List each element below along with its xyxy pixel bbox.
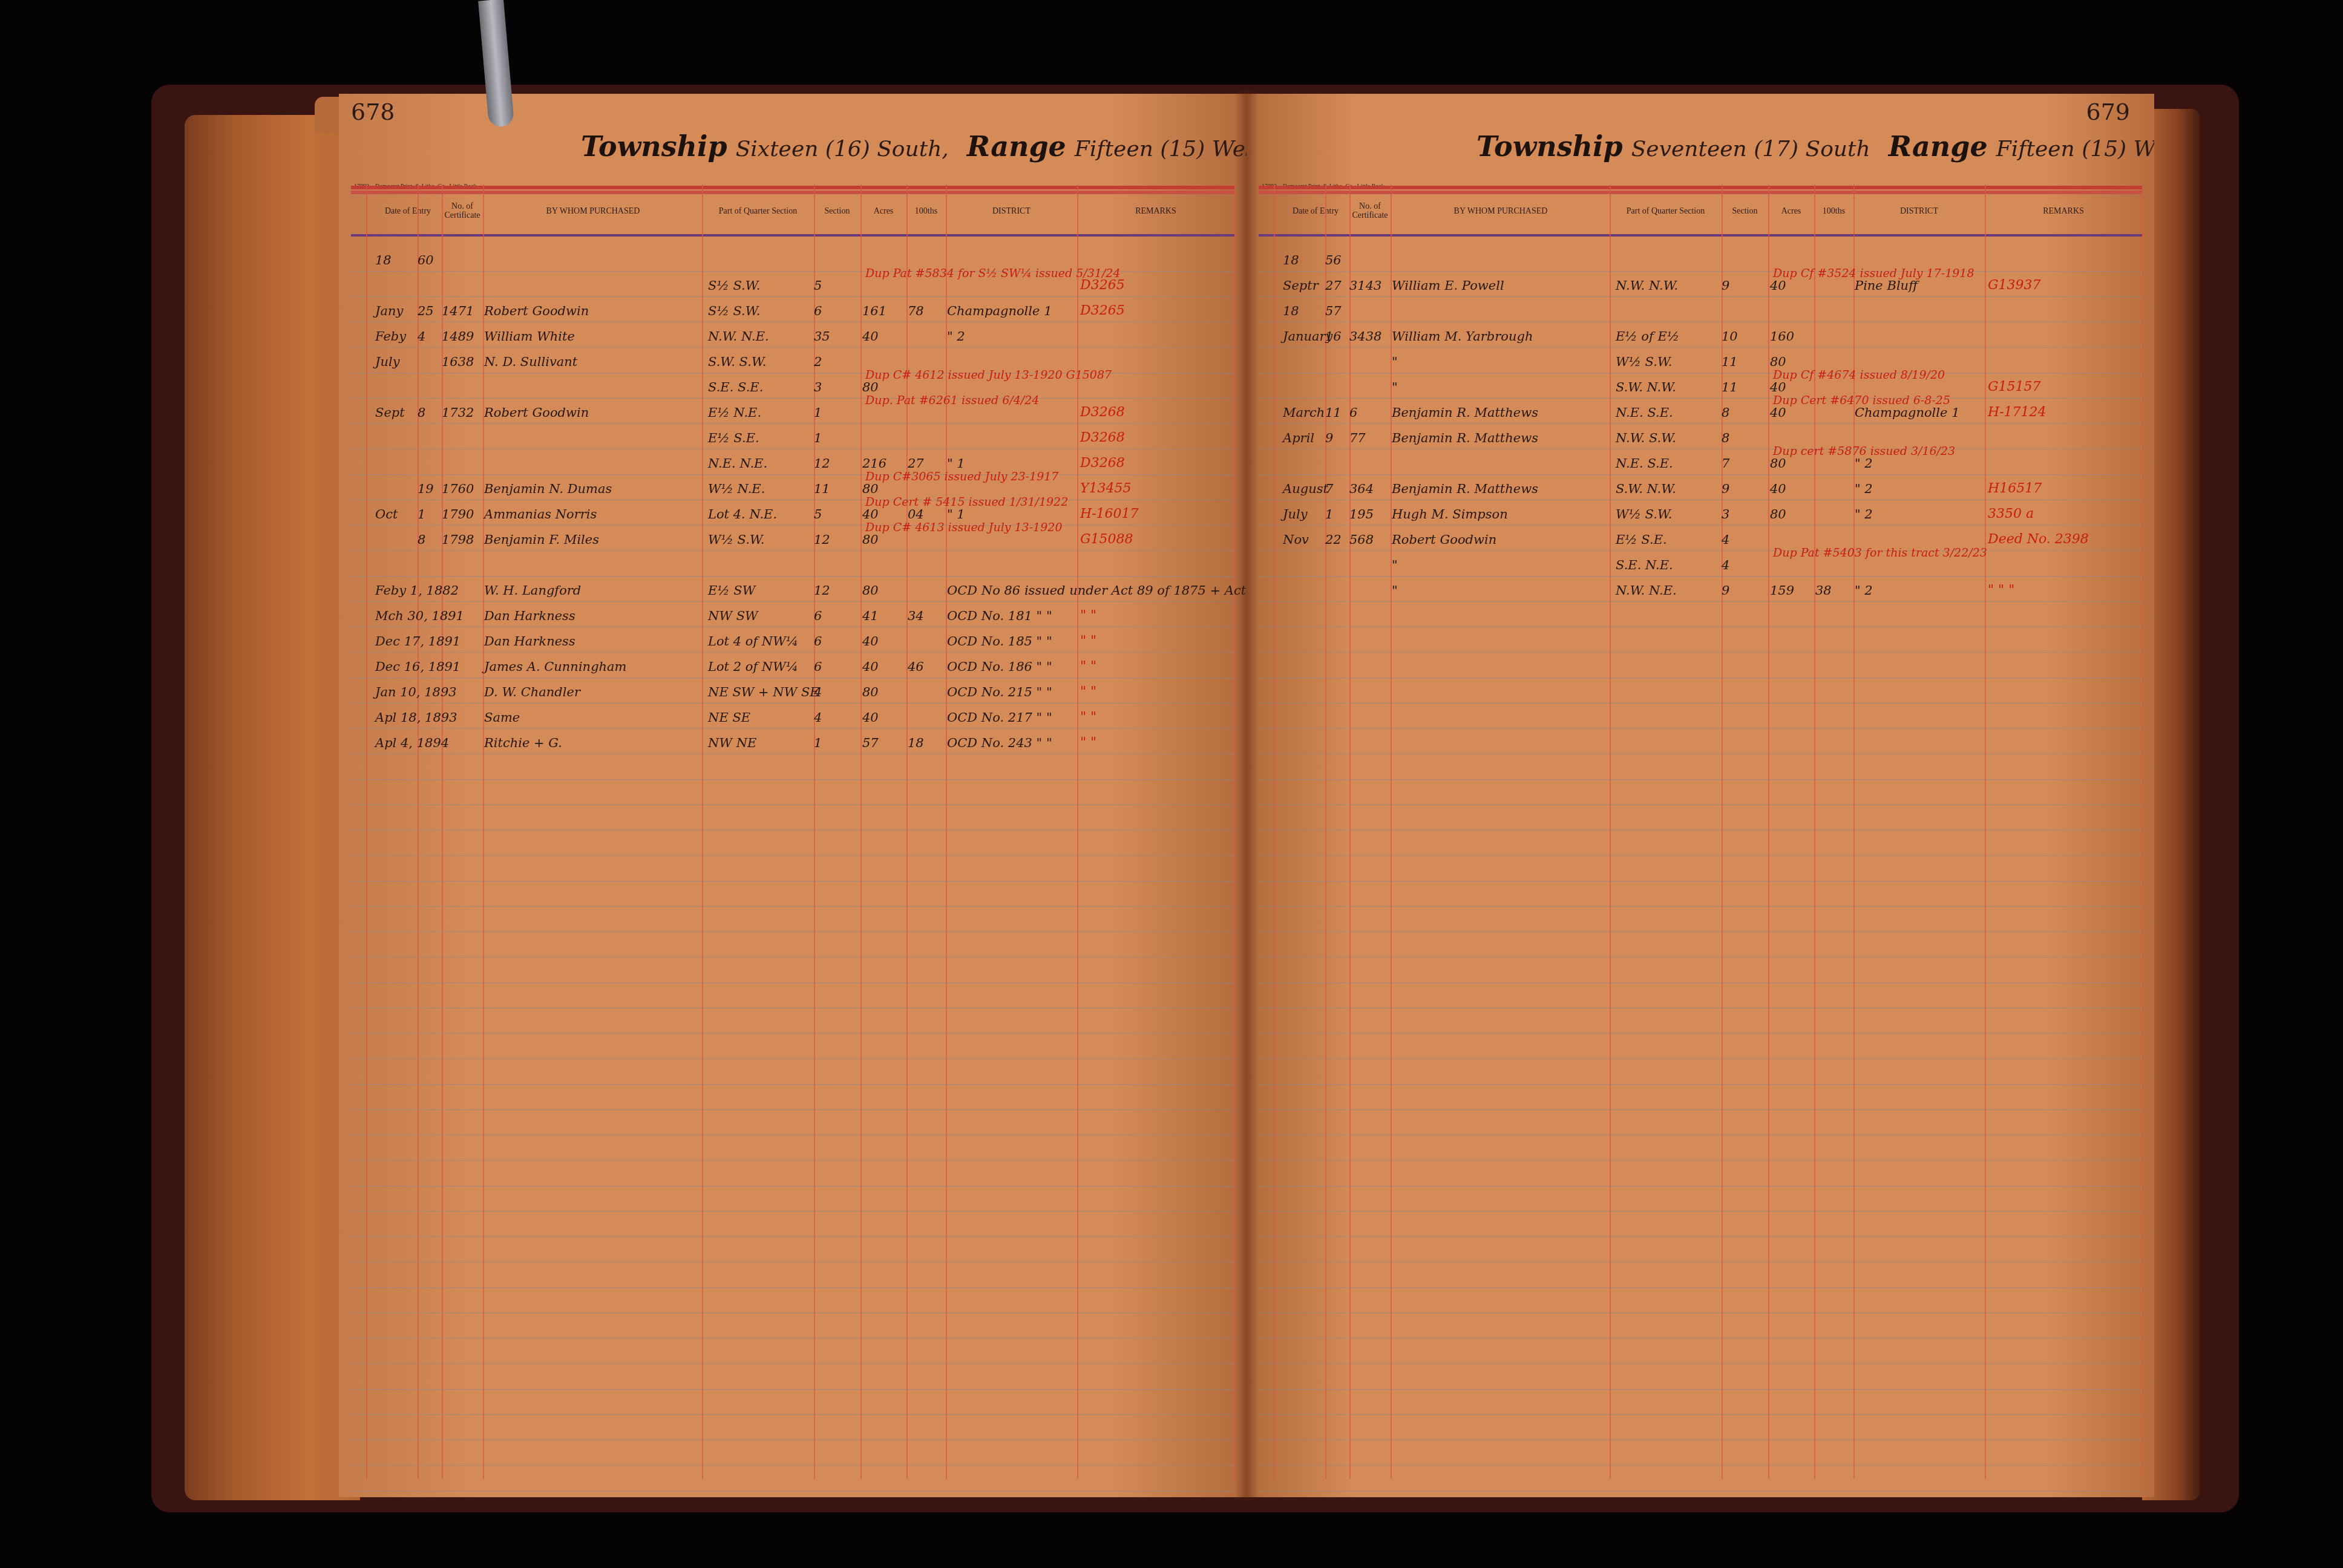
table-row: Feby41489William WhiteN.W. N.E.3540" 2 <box>339 324 1247 348</box>
row-rule <box>351 830 1234 831</box>
cell-remarks: D3265 <box>1080 299 1125 323</box>
cell-remarks: " " <box>1080 629 1096 653</box>
cell-name: N. D. Sullivant <box>484 350 577 374</box>
row-rule <box>1259 1287 2142 1288</box>
cell-cert: 1760 <box>442 477 474 501</box>
annotation-note: Dup. Pat #6261 issued 6/4/24 <box>865 388 1039 413</box>
row-rule <box>1259 627 2142 627</box>
annotation-note: Dup C#3065 issued July 23-1917 <box>865 465 1058 489</box>
column-header: DISTRICT <box>946 191 1077 233</box>
row-rule <box>1259 881 2142 881</box>
cell-remarks: " " <box>1080 680 1096 704</box>
cell-month: Feby 1, 1882 <box>375 578 459 603</box>
cell-name: William White <box>484 324 575 348</box>
cell-section: 1 <box>814 731 822 755</box>
cell-remarks: " " <box>1080 731 1096 755</box>
cell-remarks: " " " <box>1988 578 2014 603</box>
row-rule <box>1259 754 2142 754</box>
cell-acres: 40 <box>862 655 879 679</box>
cell-day: 56 <box>1325 248 1342 272</box>
row-rule <box>1259 1364 2142 1364</box>
row-rule <box>1259 1059 2142 1059</box>
row-rule <box>1259 1135 2142 1135</box>
cell-acres: 160 <box>1770 324 1794 348</box>
row-rule <box>1259 1211 2142 1212</box>
row-rule <box>351 805 1234 805</box>
cell-part: E½ SW <box>708 578 755 603</box>
cell-section: 2 <box>814 350 822 374</box>
table-row: "S.E. N.E.4Dup Pat #5403 for this tract … <box>1247 553 2154 577</box>
row-rule <box>351 1491 1234 1491</box>
cell-month: 18 <box>1283 299 1299 323</box>
annotation-note: Dup Cf #4674 issued 8/19/20 <box>1773 363 1945 387</box>
row-rule <box>1259 1262 2142 1263</box>
row-rule <box>1259 1440 2142 1440</box>
cell-acres: 80 <box>862 680 879 704</box>
table-row: N.E. N.E.1221627" 1D3268 <box>339 451 1247 475</box>
row-rule <box>351 1135 1234 1135</box>
cell-acres: 159 <box>1770 578 1794 603</box>
row-rule <box>1259 1491 2142 1491</box>
cell-part: E½ S.E. <box>1616 528 1667 552</box>
township-label: Township <box>581 130 727 163</box>
column-header: No. of Certificate <box>442 191 483 233</box>
cell-district: OCD No. 217 " " <box>947 705 1052 730</box>
cell-section: 6 <box>814 629 822 653</box>
cell-part: Lot 2 of NW¼ <box>708 655 798 679</box>
row-rule <box>351 1389 1234 1390</box>
cell-name: Benjamin R. Matthews <box>1392 426 1538 450</box>
row-rule <box>351 1338 1234 1339</box>
cell-section: 9 <box>1722 477 1729 501</box>
row-rule <box>1259 779 2142 780</box>
cell-remarks: D3268 <box>1080 400 1125 425</box>
row-rule <box>1259 1084 2142 1085</box>
range-value: Fifteen (15) West <box>1075 137 1247 162</box>
row-rule <box>1259 1186 2142 1186</box>
cell-part: E½ S.E. <box>708 426 759 450</box>
page-number: 678 <box>351 99 395 125</box>
cell-remarks: H-16017 <box>1080 502 1139 526</box>
cell-remarks: Deed No. 2398 <box>1988 528 2089 552</box>
table-row: E½ S.E.1D3268 <box>339 426 1247 450</box>
column-header: Part of Quarter Section <box>702 191 814 233</box>
cell-month: Sept <box>375 400 405 425</box>
column-header: Section <box>1722 191 1768 233</box>
row-rule <box>351 1313 1234 1313</box>
cell-part: N.W. N.W. <box>1616 273 1678 298</box>
cell-cert: 1798 <box>442 528 474 552</box>
cell-district: Champagnolle 1 <box>947 299 1052 323</box>
table-row: 81798Benjamin F. MilesW½ S.W.1280G15088D… <box>339 528 1247 552</box>
cell-acres: 57 <box>862 731 879 755</box>
table-row: "W½ S.W.1180 <box>1247 350 2154 374</box>
cell-day: 60 <box>418 248 434 272</box>
cell-district: OCD No. 215 " " <box>947 680 1052 704</box>
column-header: Date of Entry <box>375 191 441 233</box>
table-row: April977Benjamin R. MatthewsN.W. S.W.8 <box>1247 426 2154 450</box>
cell-cert: 6 <box>1349 400 1357 425</box>
cell-day: 25 <box>418 299 434 323</box>
row-rule <box>351 1414 1234 1415</box>
cell-district: OCD No. 243 " " <box>947 731 1052 755</box>
cell-name: " <box>1392 375 1398 399</box>
cell-acres: 40 <box>862 705 879 730</box>
row-rule <box>351 855 1234 856</box>
cell-day: 4 <box>418 324 425 348</box>
cell-hundredths: 46 <box>908 655 924 679</box>
cell-section: 11 <box>1722 350 1738 374</box>
cell-month: Dec 17, 1891 <box>375 629 460 653</box>
row-rule <box>1259 1033 2142 1034</box>
township-range-heading: TownshipSixteen (16) South, RangeFifteen… <box>581 130 1247 163</box>
cell-day: 27 <box>1325 273 1342 298</box>
cell-acres: 40 <box>1770 477 1786 501</box>
cell-remarks: G13937 <box>1988 273 2041 298</box>
cell-cert: 1489 <box>442 324 474 348</box>
row-rule <box>1259 957 2142 958</box>
column-header: No. of Certificate <box>1349 191 1391 233</box>
cell-remarks: 3350 a <box>1988 502 2034 526</box>
column-header: DISTRICT <box>1853 191 1985 233</box>
cell-name: W. H. Langford <box>484 578 581 603</box>
row-rule <box>351 932 1234 932</box>
cell-name: Benjamin N. Dumas <box>484 477 612 501</box>
cell-day: 7 <box>1325 477 1333 501</box>
row-rule <box>351 1059 1234 1059</box>
table-row: S.E. S.E.380Dup C# 4612 issued July 13-1… <box>339 375 1247 399</box>
cell-acres: 40 <box>862 324 879 348</box>
annotation-note: Dup Pat #5834 for S½ SW¼ issued 5/31/24 <box>865 261 1121 286</box>
cell-section: 1 <box>814 426 822 450</box>
row-rule <box>1259 728 2142 729</box>
row-rule <box>1259 678 2142 678</box>
row-rule <box>1259 1160 2142 1161</box>
cell-day: 11 <box>1325 400 1342 425</box>
cell-remarks: D3268 <box>1080 451 1125 475</box>
cell-part: E½ N.E. <box>708 400 761 425</box>
cell-name: Robert Goodwin <box>484 299 589 323</box>
table-row: Septr273143William E. PowellN.W. N.W.940… <box>1247 273 2154 298</box>
row-rule <box>1259 805 2142 805</box>
table-row: "S.W. N.W.1140G15157Dup Cf #4674 issued … <box>1247 375 2154 399</box>
table-row: Sept81732Robert GoodwinE½ N.E.1D3268Dup.… <box>339 400 1247 425</box>
cell-name: " <box>1392 350 1398 374</box>
cell-part: N.E. S.E. <box>1616 451 1673 475</box>
row-rule <box>1259 932 2142 932</box>
cell-part: S½ S.W. <box>708 299 760 323</box>
row-rule <box>1259 1389 2142 1390</box>
cell-month: Jany <box>375 299 403 323</box>
cell-day: 16 <box>1325 324 1342 348</box>
cell-month: March <box>1283 400 1325 425</box>
row-rule <box>1259 1465 2142 1466</box>
column-header: 100ths <box>906 191 946 233</box>
row-rule <box>351 1236 1234 1237</box>
annotation-note: Dup Cf #3524 issued July 17-1918 <box>1773 261 1974 286</box>
cell-month: Apl 4, 1894 <box>375 731 449 755</box>
column-header: Date of Entry <box>1283 191 1348 233</box>
cell-section: 11 <box>814 477 830 501</box>
table-row: 1856 <box>1247 248 2154 272</box>
township-value: Sixteen (16) South, <box>736 137 949 162</box>
cell-remarks: " " <box>1080 655 1096 679</box>
cell-month: Apl 18, 1893 <box>375 705 457 730</box>
cell-day: 19 <box>418 477 434 501</box>
row-rule <box>351 1211 1234 1212</box>
column-header: Acres <box>860 191 906 233</box>
cell-part: S.E. S.E. <box>708 375 763 399</box>
cell-cert: 1732 <box>442 400 474 425</box>
row-rule <box>351 1033 1234 1034</box>
row-rule <box>1259 906 2142 907</box>
annotation-note: Dup C# 4613 issued July 13-1920 <box>865 515 1062 540</box>
cell-district: OCD No. 185 " " <box>947 629 1052 653</box>
cell-part: W½ S.W. <box>708 528 765 552</box>
row-rule <box>1259 1236 2142 1237</box>
row-rule <box>351 1465 1234 1466</box>
cell-month: July <box>375 350 400 374</box>
cell-section: 4 <box>1722 528 1729 552</box>
column-header: Part of Quarter Section <box>1610 191 1722 233</box>
row-rule <box>351 779 1234 780</box>
row-rule <box>351 957 1234 958</box>
cell-month: Nov <box>1283 528 1309 552</box>
cell-cert: 1638 <box>442 350 474 374</box>
cell-month: July <box>1283 502 1308 526</box>
cell-part: W½ S.W. <box>1616 502 1673 526</box>
cell-name: Dan Harkness <box>484 629 575 653</box>
table-row: Jany251471Robert GoodwinS½ S.W.616178Cha… <box>339 299 1247 323</box>
cell-hundredths: 18 <box>908 731 924 755</box>
cell-acres: 80 <box>1770 502 1786 526</box>
cell-section: 3 <box>814 375 822 399</box>
row-rule <box>351 1262 1234 1263</box>
cell-cert: 3438 <box>1349 324 1381 348</box>
row-rule <box>1259 855 2142 856</box>
cell-name: " <box>1392 578 1398 603</box>
cell-hundredths: 78 <box>908 299 924 323</box>
row-rule <box>351 1160 1234 1161</box>
annotation-note: Dup C# 4612 issued July 13-1920 G15087 <box>865 363 1112 387</box>
cell-name: Same <box>484 705 520 730</box>
cell-section: 7 <box>1722 451 1729 475</box>
row-rule <box>1259 1109 2142 1110</box>
left-page: 678 TownshipSixteen (16) South, RangeFif… <box>339 94 1247 1497</box>
row-rule <box>1259 703 2142 704</box>
cell-section: 10 <box>1722 324 1738 348</box>
cell-day: 1 <box>418 502 425 526</box>
cell-cert: 195 <box>1349 502 1374 526</box>
cell-district: " 2 <box>1855 502 1873 526</box>
cell-remarks: H16517 <box>1988 477 2042 501</box>
cell-month: Jan 10, 1893 <box>375 680 457 704</box>
township-range-heading: TownshipSeventeen (17) South RangeFiftee… <box>1476 130 2154 163</box>
column-header: 100ths <box>1814 191 1853 233</box>
cell-section: 3 <box>1722 502 1729 526</box>
cell-section: 8 <box>1722 400 1729 425</box>
cell-month: August <box>1283 477 1328 501</box>
table-row: Apl 4, 1894Ritchie + G.NW NE15718OCD No.… <box>339 731 1247 755</box>
row-rule <box>1259 830 2142 831</box>
row-rule <box>1259 1338 2142 1339</box>
row-rule <box>1259 982 2142 983</box>
cell-hundredths: 34 <box>908 604 924 628</box>
cell-day: 8 <box>418 528 425 552</box>
cell-part: S.W. N.W. <box>1616 477 1676 501</box>
cell-section: 12 <box>814 528 830 552</box>
cell-hundredths: 38 <box>1815 578 1832 603</box>
cell-part: S.E. N.E. <box>1616 553 1673 577</box>
cell-month: Mch 30, 1891 <box>375 604 464 628</box>
annotation-note: Dup Cert # 5415 issued 1/31/1922 <box>865 490 1068 514</box>
table-row: "N.W. N.E.915938" 2" " " <box>1247 578 2154 603</box>
cell-day: 8 <box>418 400 425 425</box>
table-row: S½ S.W.5D3265Dup Pat #5834 for S½ SW¼ is… <box>339 273 1247 298</box>
cell-district: " 2 <box>1855 578 1873 603</box>
cell-day: 1 <box>1325 502 1333 526</box>
cell-part: S½ S.W. <box>708 273 760 298</box>
cell-part: N.E. N.E. <box>708 451 767 475</box>
cell-remarks: G15088 <box>1080 528 1133 552</box>
township-label: Township <box>1476 130 1623 163</box>
cell-part: NW NE <box>708 731 756 755</box>
cell-name: Benjamin F. Miles <box>484 528 599 552</box>
cell-acres: 161 <box>862 299 886 323</box>
cell-part: W½ S.W. <box>1616 350 1673 374</box>
cell-part: Lot 4. N.E. <box>708 502 777 526</box>
cell-district: OCD No. 181 " " <box>947 604 1052 628</box>
cell-name: Dan Harkness <box>484 604 575 628</box>
column-header: REMARKS <box>1077 191 1234 233</box>
cell-month: 18 <box>375 248 392 272</box>
cell-section: 8 <box>1722 426 1729 450</box>
cell-section: 11 <box>1722 375 1738 399</box>
cell-part: NE SW + NW SE <box>708 680 819 704</box>
column-header: REMARKS <box>1985 191 2142 233</box>
page-stack-tab <box>315 97 339 133</box>
cell-remarks: Y13455 <box>1080 477 1132 501</box>
cell-day: 22 <box>1325 528 1342 552</box>
cell-name: Robert Goodwin <box>1392 528 1496 552</box>
cell-acres: 80 <box>862 578 879 603</box>
annotation-note: Dup Cert #6470 issued 6-8-25 <box>1773 388 1950 413</box>
column-header: Section <box>814 191 860 233</box>
cell-section: 4 <box>814 705 822 730</box>
cell-section: 6 <box>814 299 822 323</box>
cell-remarks: " " <box>1080 604 1096 628</box>
cell-section: 5 <box>814 273 822 298</box>
table-row: March116Benjamin R. MatthewsN.E. S.E.840… <box>1247 400 2154 425</box>
cell-cert: 77 <box>1349 426 1366 450</box>
table-row: N.E. S.E.780" 2Dup cert #5876 issued 3/1… <box>1247 451 2154 475</box>
table-row: July1195Hugh M. SimpsonW½ S.W.380" 23350… <box>1247 502 2154 526</box>
cell-section: 9 <box>1722 273 1729 298</box>
table-row: Jan 10, 1893D. W. ChandlerNE SW + NW SE4… <box>339 680 1247 704</box>
cell-name: William M. Yarbrough <box>1392 324 1533 348</box>
cell-name: Ammanias Norris <box>484 502 597 526</box>
row-rule <box>351 1287 1234 1288</box>
table-row: 1857 <box>1247 299 2154 323</box>
cell-section: 5 <box>814 502 822 526</box>
cell-section: 12 <box>814 578 830 603</box>
cell-part: N.W. N.E. <box>708 324 769 348</box>
cell-part: N.E. S.E. <box>1616 400 1673 425</box>
cell-month: Oct <box>375 502 398 526</box>
range-label: Range <box>967 130 1066 163</box>
cell-part: N.W. N.E. <box>1616 578 1677 603</box>
cell-section: 6 <box>814 655 822 679</box>
cell-district: " 2 <box>947 324 965 348</box>
cell-remarks: D3268 <box>1080 426 1125 450</box>
range-value: Fifteen (15) West <box>1996 137 2154 162</box>
cell-cert: 1471 <box>442 299 474 323</box>
right-page: 679 TownshipSeventeen (17) South RangeFi… <box>1247 94 2154 1497</box>
table-row: Oct11790Ammanias NorrisLot 4. N.E.54004"… <box>339 502 1247 526</box>
cell-remarks: " " <box>1080 705 1096 730</box>
cell-name: Benjamin R. Matthews <box>1392 477 1538 501</box>
cell-name: " <box>1392 553 1398 577</box>
cell-part: E½ of E½ <box>1616 324 1679 348</box>
cell-district: " 2 <box>1855 477 1873 501</box>
cell-district: OCD No 86 issued under Act 89 of 1875 + … <box>947 578 1247 603</box>
table-row: Feby 1, 1882W. H. LangfordE½ SW1280OCD N… <box>339 578 1247 603</box>
table-row: Dec 17, 1891Dan HarknessLot 4 of NW¼640O… <box>339 629 1247 653</box>
cell-part: S.W. N.W. <box>1616 375 1676 399</box>
cell-remarks: G15157 <box>1988 375 2041 399</box>
cell-part: NW SW <box>708 604 758 628</box>
cell-section: 1 <box>814 400 822 425</box>
cell-month: 18 <box>1283 248 1299 272</box>
cell-month: April <box>1283 426 1314 450</box>
table-row: Dec 16, 1891James A. CunninghamLot 2 of … <box>339 655 1247 679</box>
table-row: Mch 30, 1891Dan HarknessNW SW64134OCD No… <box>339 604 1247 628</box>
page-number: 679 <box>2086 99 2130 125</box>
cell-part: NE SE <box>708 705 750 730</box>
table-row: August7364Benjamin R. MatthewsS.W. N.W.9… <box>1247 477 2154 501</box>
cell-part: W½ N.E. <box>708 477 765 501</box>
table-row: Nov22568Robert GoodwinE½ S.E.4Deed No. 2… <box>1247 528 2154 552</box>
row-rule <box>351 1440 1234 1440</box>
cell-day: 57 <box>1325 299 1342 323</box>
cell-name: Robert Goodwin <box>484 400 589 425</box>
cell-day: 9 <box>1325 426 1333 450</box>
cell-cert: 3143 <box>1349 273 1381 298</box>
column-header: BY WHOM PURCHASED <box>1392 191 1610 233</box>
cell-part: Lot 4 of NW¼ <box>708 629 798 653</box>
cell-part: N.W. S.W. <box>1616 426 1676 450</box>
cell-section: 4 <box>1722 553 1729 577</box>
cell-name: James A. Cunningham <box>484 655 627 679</box>
row-rule <box>351 1084 1234 1085</box>
cell-month: Dec 16, 1891 <box>375 655 460 679</box>
cell-section: 6 <box>814 604 822 628</box>
row-rule <box>1259 652 2142 653</box>
cell-name: D. W. Chandler <box>484 680 580 704</box>
row-rule <box>351 1008 1234 1008</box>
township-value: Seventeen (17) South <box>1631 137 1870 162</box>
row-rule <box>351 1109 1234 1110</box>
cell-name: Benjamin R. Matthews <box>1392 400 1538 425</box>
cell-section: 9 <box>1722 578 1729 603</box>
page-edges-left <box>185 115 360 1500</box>
cell-name: Ritchie + G. <box>484 731 562 755</box>
cell-name: Hugh M. Simpson <box>1392 502 1508 526</box>
cell-cert: 568 <box>1349 528 1374 552</box>
cell-month: Feby <box>375 324 406 348</box>
cell-acres: 41 <box>862 604 879 628</box>
table-row: January163438William M. YarbroughE½ of E… <box>1247 324 2154 348</box>
